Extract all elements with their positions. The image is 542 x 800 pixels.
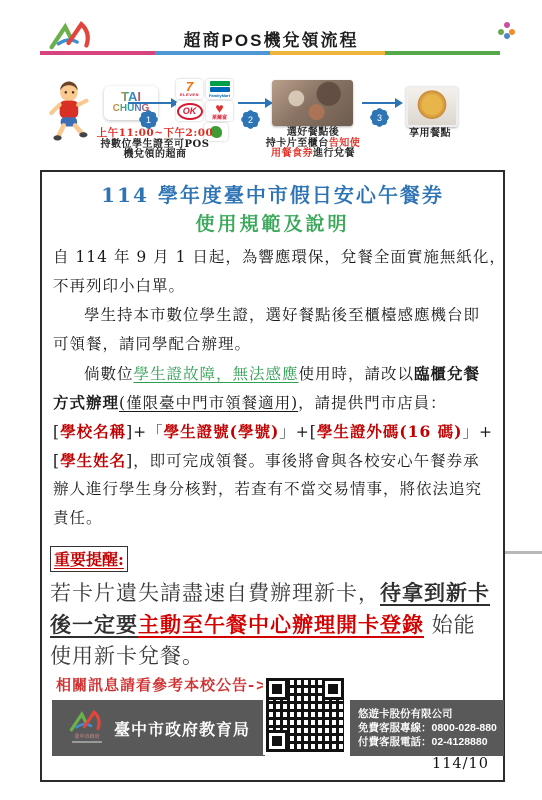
bureau-name: 臺中市政府教育局	[114, 717, 250, 740]
emblem-dots	[498, 22, 516, 38]
easycard-hotline-paid: 付費客服電話：02-4128880	[358, 735, 504, 749]
bureau-logo-caption: 臺中市政府	[74, 735, 99, 740]
easycard-panel: 悠遊卡股份有限公司 免費客服專線：0800-028-880 付費客服電話：02-…	[350, 700, 504, 756]
rules-title-line1: 114 學年度臺中市假日安心午餐券	[42, 179, 503, 208]
school-notice-text: 相關訊息請看參考本校公告->	[56, 674, 269, 695]
step-1-caption-line1: 持數位學生證至可POS	[101, 139, 210, 150]
step-1-time: 上午11:00~下午2:00	[92, 128, 218, 139]
step-1-caption-line2: 機兌領的超商	[124, 149, 187, 160]
step-2-caption: 選好餐點後 持卡片至櫃台告知使 用餐食券進行兌餐	[260, 128, 366, 160]
seven-eleven-logo: 7 ELEVEN	[176, 79, 203, 99]
paragraph-3-line: 責任。	[53, 504, 493, 533]
step-2-caption-line1: 選好餐點後	[287, 127, 340, 138]
paragraph-1-line: 自 114 年 9 月 1 日起，為響應環保，兌餐全面實施無紙化，	[53, 243, 493, 272]
flow-arrow-3-icon	[362, 102, 396, 104]
page-number: 114/10	[432, 756, 489, 772]
store-counter-photo	[272, 80, 353, 126]
reminder-line-1: 若卡片遺失請盡速自費辦理新卡，待拿到新卡	[50, 577, 495, 609]
familymart-name: FamilyMart	[209, 93, 230, 98]
paragraph-3-line: [學校名稱]+「學生證號(學號)」+[學生證外碼(16 碼)」+	[53, 417, 493, 446]
ok-mark: OK	[177, 103, 203, 120]
paragraph-3-line: [學生姓名]，即可完成領餐。事後將會與各校安心午餐券承	[53, 446, 493, 475]
easycard-company: 悠遊卡股份有限公司	[358, 707, 504, 721]
page-title: 超商POS機兌領流程	[0, 26, 542, 51]
rules-body: 自 114 年 9 月 1 日起，為響應環保，兌餐全面實施無紙化， 不再列印小白…	[42, 243, 503, 533]
step-2-badge: 2	[243, 112, 258, 127]
hilife-logo: ♥ 萊爾富	[206, 101, 233, 121]
rules-title-line2: 使用規範及說明	[42, 209, 503, 236]
hilife-name: 萊爾富	[212, 114, 227, 121]
important-reminder-label: 重要提醒:	[50, 546, 128, 572]
paragraph-3-line: 方式辦理(僅限臺中門市領餐適用)，請提供門市店員：	[53, 388, 493, 417]
step-3-badge: 3	[372, 110, 387, 125]
flow-arrow-2-icon	[238, 102, 266, 104]
flyer-page: 超商POS機兌領流程 TAI CHUNG 1	[0, 0, 542, 800]
step-1-caption: 上午11:00~下午2:00 持數位學生證至可POS 機兌領的超商	[92, 128, 218, 161]
rules-box: 114 學年度臺中市假日安心午餐券 使用規範及說明 自 114 年 9 月 1 …	[40, 170, 505, 782]
bureau-logo: 臺中市政府	[66, 709, 108, 747]
step-1-badge: 1	[141, 112, 156, 127]
seven-mark: 7	[186, 81, 193, 92]
reminder-line-3: 使用新卡兌餐。	[50, 641, 495, 672]
paragraph-1-line: 不再列印小白單。	[53, 272, 493, 301]
bureau-logo-subline	[72, 741, 102, 743]
important-reminder-text: 若卡片遺失請盡速自費辦理新卡，待拿到新卡 後一定要主動至午餐中心辦理開卡登錄 始…	[42, 572, 503, 672]
step-3-caption: 享用餐點	[398, 129, 462, 140]
meal-photo	[406, 86, 458, 127]
flow-arrow-1-icon	[128, 102, 172, 104]
paragraph-2-line: 學生持本市數位學生證，選好餐點後至櫃檯感應機台即	[53, 301, 493, 330]
heart-icon: ♥	[215, 102, 223, 114]
paragraph-3-line: 倘數位學生證故障，無法感應使用時，請改以臨櫃兌餐	[53, 359, 493, 388]
reminder-line-2: 後一定要主動至午餐中心辦理開卡登錄 始能	[50, 609, 495, 641]
ok-mart-logo: OK	[176, 101, 203, 121]
easycard-hotline-free: 免費客服專線：0800-028-880	[358, 721, 504, 735]
familymart-logo: FamilyMart	[206, 79, 233, 99]
qr-code	[263, 675, 347, 755]
seven-sub: ELEVEN	[180, 92, 199, 97]
header-divider	[40, 51, 500, 55]
education-bureau-panel: 臺中市政府 臺中市政府教育局	[52, 700, 265, 756]
paragraph-3-line: 辦人進行學生身分核對，若查有不當交易情事，將依法追究	[53, 475, 493, 504]
taichung-mountain-logo-icon	[67, 709, 107, 735]
emblem-caption-bar	[504, 551, 542, 554]
paragraph-2-line: 可領餐，請同學配合辦理。	[53, 330, 493, 359]
running-student-illustration	[46, 80, 98, 142]
